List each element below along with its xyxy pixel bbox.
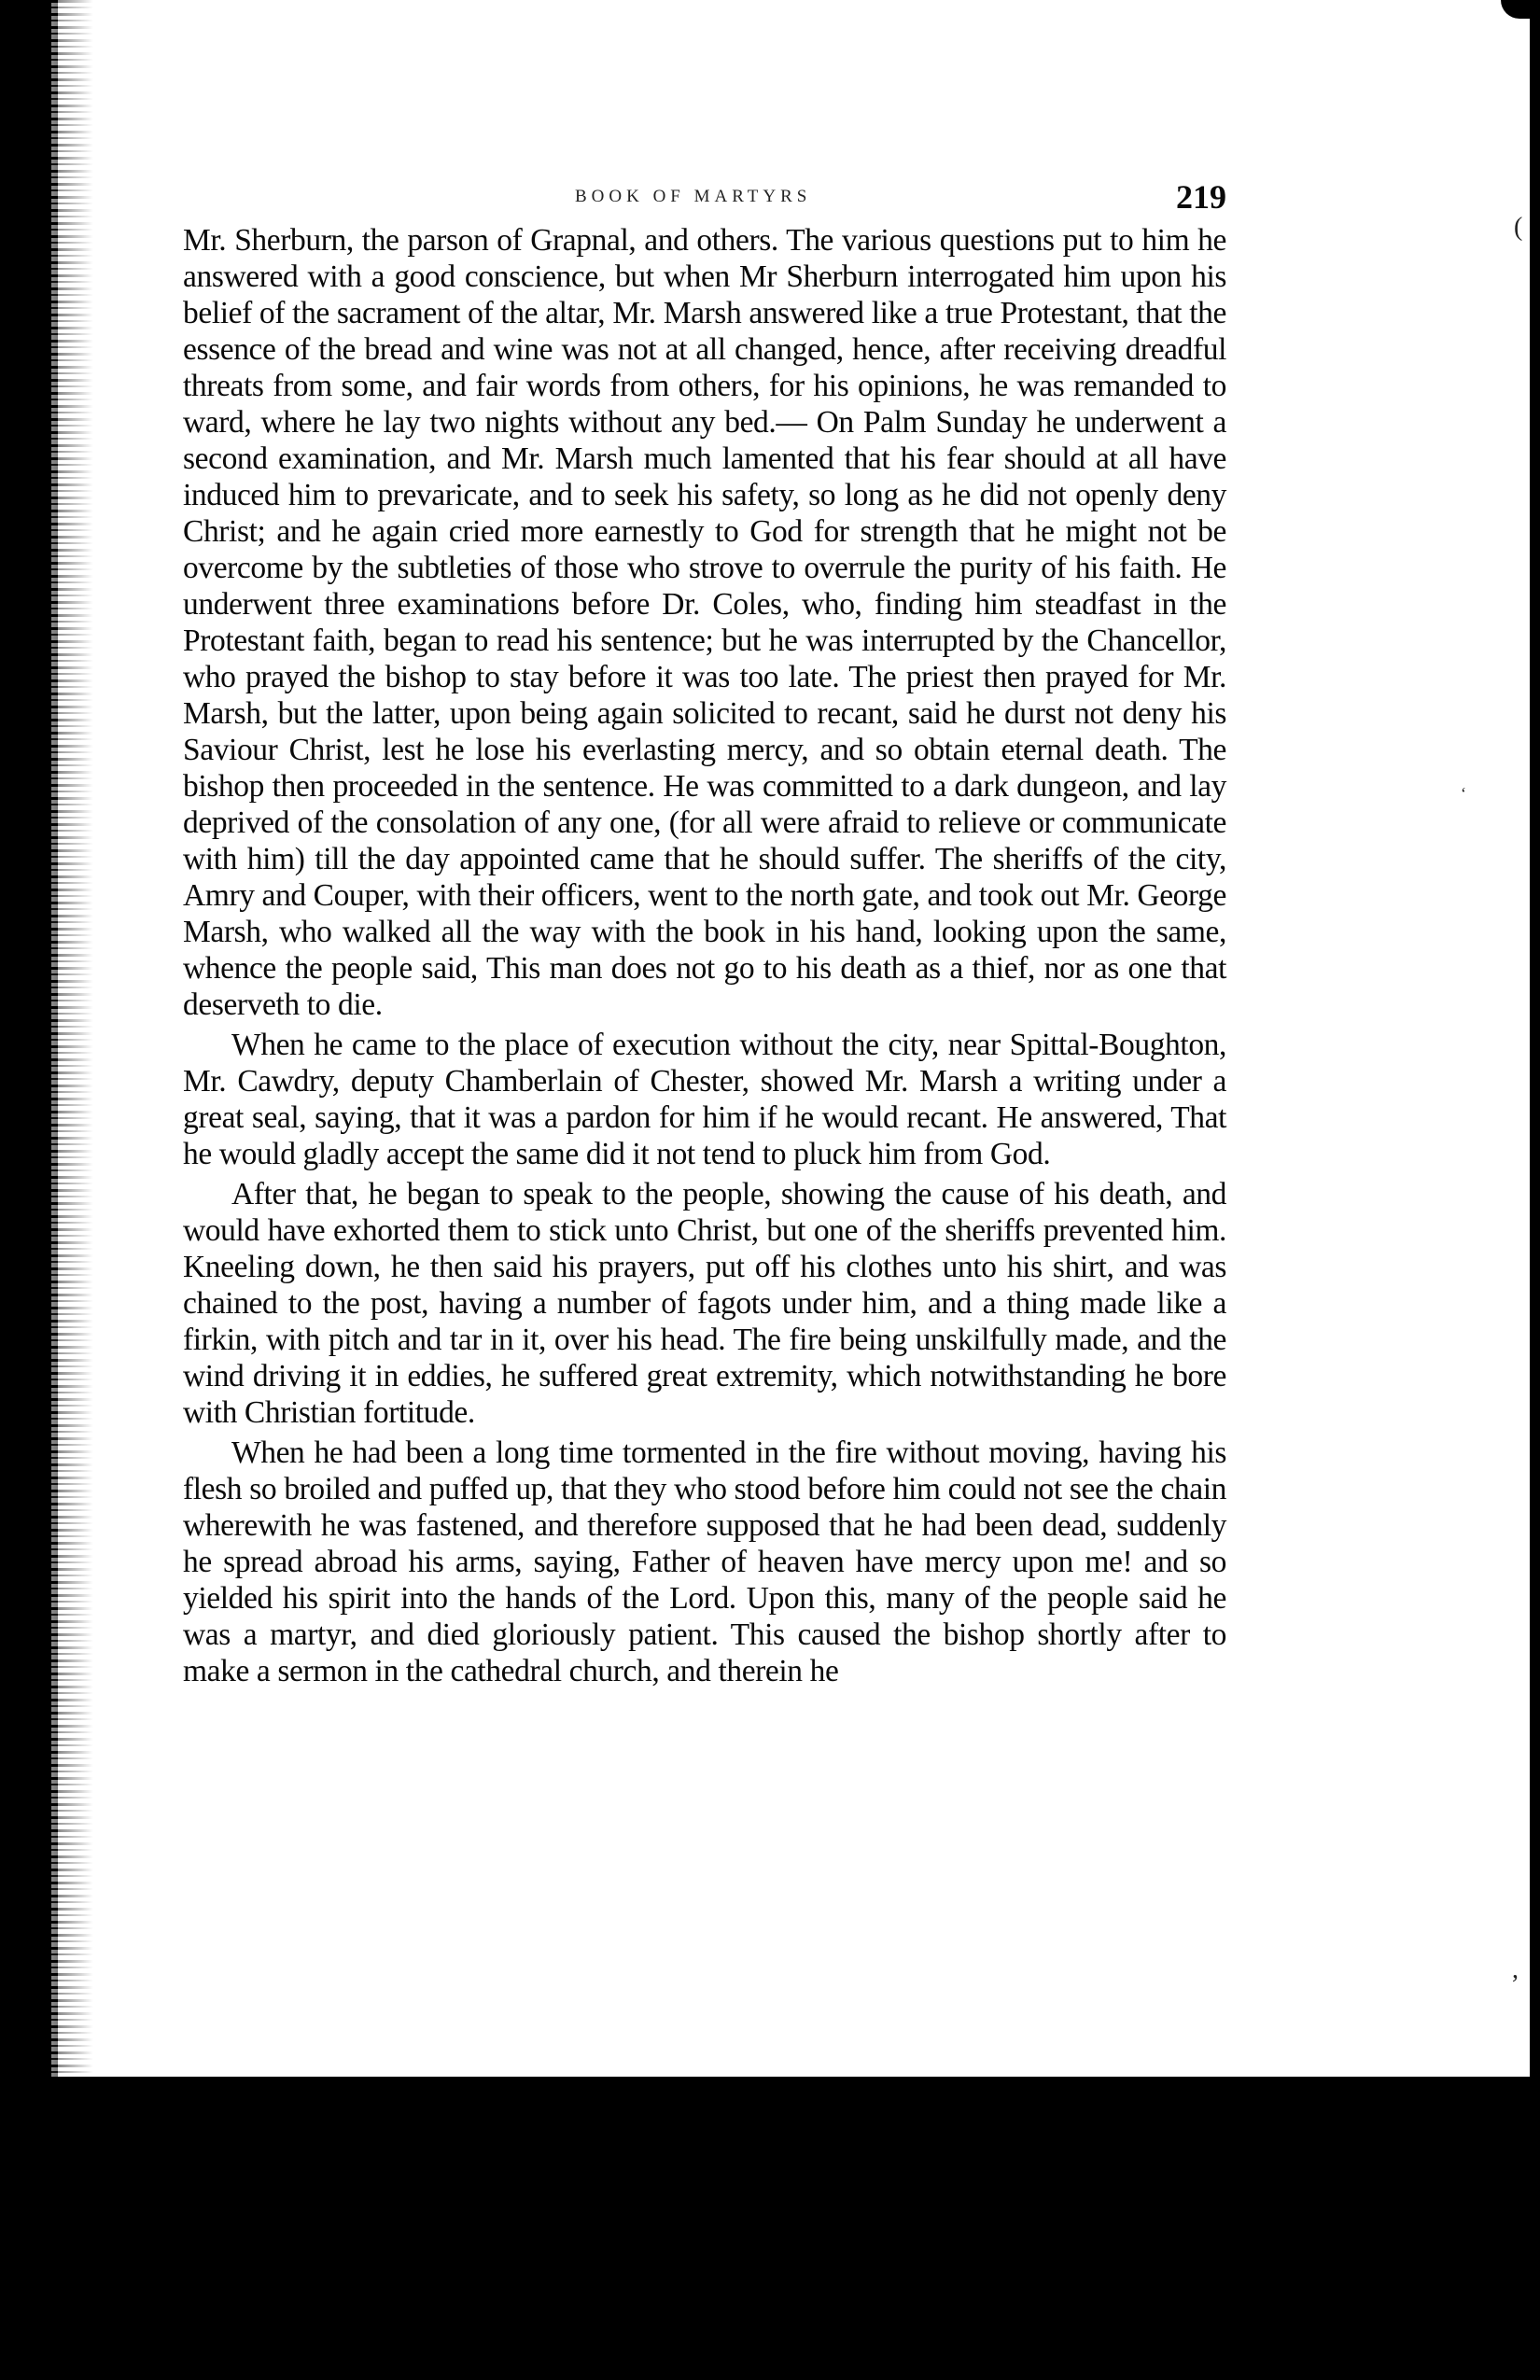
margin-mark: , (1512, 1955, 1519, 1985)
running-title: Book of Martyrs (575, 187, 811, 207)
running-head: Book of Martyrs 219 (183, 177, 1226, 222)
paragraph: When he came to the place of execution w… (183, 1027, 1226, 1172)
scan-border-top-right (1501, 0, 1540, 19)
paragraph: After that, he began to speak to the peo… (183, 1176, 1226, 1431)
paragraph: Mr. Sherburn, the parson of Grapnal, and… (183, 222, 1226, 1023)
scan-border-left (0, 0, 58, 2380)
margin-mark: ‘ (1461, 784, 1466, 804)
scan-border-bottom (0, 2077, 1540, 2380)
page-number: 219 (1176, 177, 1226, 217)
book-page: Book of Martyrs 219 Mr. Sherburn, the pa… (183, 177, 1226, 1689)
scan-border-left-fringe (51, 0, 93, 2305)
scan-border-right (1530, 0, 1540, 2315)
paragraph: When he had been a long time tormented i… (183, 1435, 1226, 1689)
margin-mark: ( (1514, 213, 1522, 243)
body-text: Mr. Sherburn, the parson of Grapnal, and… (183, 222, 1226, 1689)
